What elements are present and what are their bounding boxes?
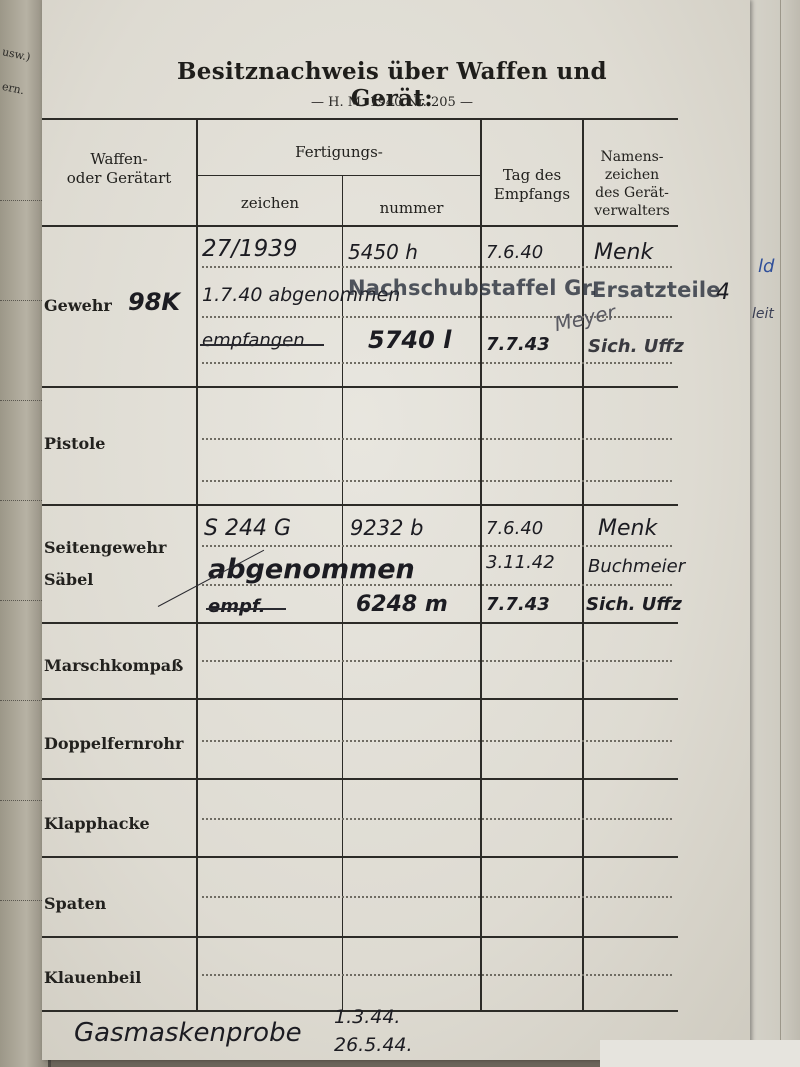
page-subtitle: — H. M. 1940 Nr. 205 — (142, 95, 642, 110)
header-nz-line2: zeichen (584, 166, 680, 184)
header-zeichen: zeichen (198, 194, 342, 213)
left-page-fragment: ern. (1, 80, 26, 97)
seitengewehr-tag-2: 3.11.42 (486, 552, 555, 573)
right-page-fragment: leit (752, 306, 774, 322)
header-type-line2: oder Gerätart (42, 169, 196, 188)
background-paper (600, 1040, 800, 1067)
seitengewehr-zeichen-2: abgenommen (208, 554, 415, 585)
unit-stamp-right: Ersatzteile (592, 278, 721, 302)
row-label-klapphacke: Klapphacke (44, 814, 150, 833)
left-page-fragment: usw.) (1, 45, 32, 64)
seitengewehr-tag-1: 7.6.40 (486, 518, 543, 539)
header-nz-line3: des Gerät- (584, 184, 680, 202)
seitengewehr-nummer-1: 9232 b (350, 516, 423, 540)
stamp-number: 4 (716, 280, 730, 305)
header-nz-line4: verwalters (584, 202, 680, 220)
gewehr-tag-3: 7.7.43 (486, 334, 550, 355)
header-fertigung: Fertigungs- (198, 143, 480, 162)
row-label-spaten: Spaten (44, 894, 106, 913)
row-label-pistole: Pistole (44, 434, 105, 453)
gewehr-nummer-3: 5740 l (368, 326, 451, 354)
seitengewehr-nummer-3: 6248 m (356, 592, 448, 617)
document-page: Besitznachweis über Waffen und Gerät: — … (42, 0, 750, 1060)
header-tag-line1: Tag des (482, 166, 582, 185)
unit-stamp-left: Nachschubstaffel Gr. (348, 276, 597, 300)
row-label-marschkompass: Marschkompaß (44, 656, 183, 675)
seitengewehr-zeichen-3: empf. (208, 596, 266, 617)
seitengewehr-signature-2: Buchmeier (588, 556, 685, 577)
header-nz-line1: Namens- (584, 148, 680, 166)
seitengewehr-signature-3: Sich. Uffz (586, 594, 682, 615)
footer-note: Gasmaskenprobe (74, 1018, 302, 1048)
header-type-line1: Waffen- (42, 150, 196, 169)
footer-date-2: 26.5.44. (334, 1034, 413, 1056)
gewehr-signature-3: Sich. Uffz (588, 336, 684, 357)
gewehr-nummer-1: 5450 h (348, 240, 418, 264)
header-type: Waffen- oder Gerätart (42, 150, 196, 188)
gewehr-signature-1: Menk (594, 240, 653, 265)
header-tag-line2: Empfangs (482, 185, 582, 204)
handwritten-98k: 98K (128, 288, 180, 316)
seitengewehr-zeichen-1: S 244 G (204, 516, 291, 541)
gewehr-zeichen-3: empfangen (202, 330, 305, 351)
row-label-seitengewehr: Seitengewehr (44, 538, 166, 557)
header-namenszeichen: Namens- zeichen des Gerät- verwalters (584, 148, 680, 220)
footer-date-1: 1.3.44. (334, 1006, 400, 1028)
gewehr-zeichen-1: 27/1939 (202, 236, 298, 262)
row-label-saebel: Säbel (44, 570, 93, 589)
row-label-doppelfernrohr: Doppelfernrohr (44, 734, 183, 753)
seitengewehr-signature-1: Menk (598, 516, 657, 541)
header-nummer: nummer (343, 199, 480, 218)
right-page-fragment: ld (758, 256, 774, 277)
row-label-klauenbeil: Klauenbeil (44, 968, 141, 987)
stamp-signature: Meyer (552, 300, 618, 336)
seitengewehr-tag-3: 7.7.43 (486, 594, 550, 615)
gewehr-tag-1: 7.6.40 (486, 242, 543, 263)
row-label-gewehr: Gewehr (44, 296, 112, 315)
header-tag: Tag des Empfangs (482, 166, 582, 204)
